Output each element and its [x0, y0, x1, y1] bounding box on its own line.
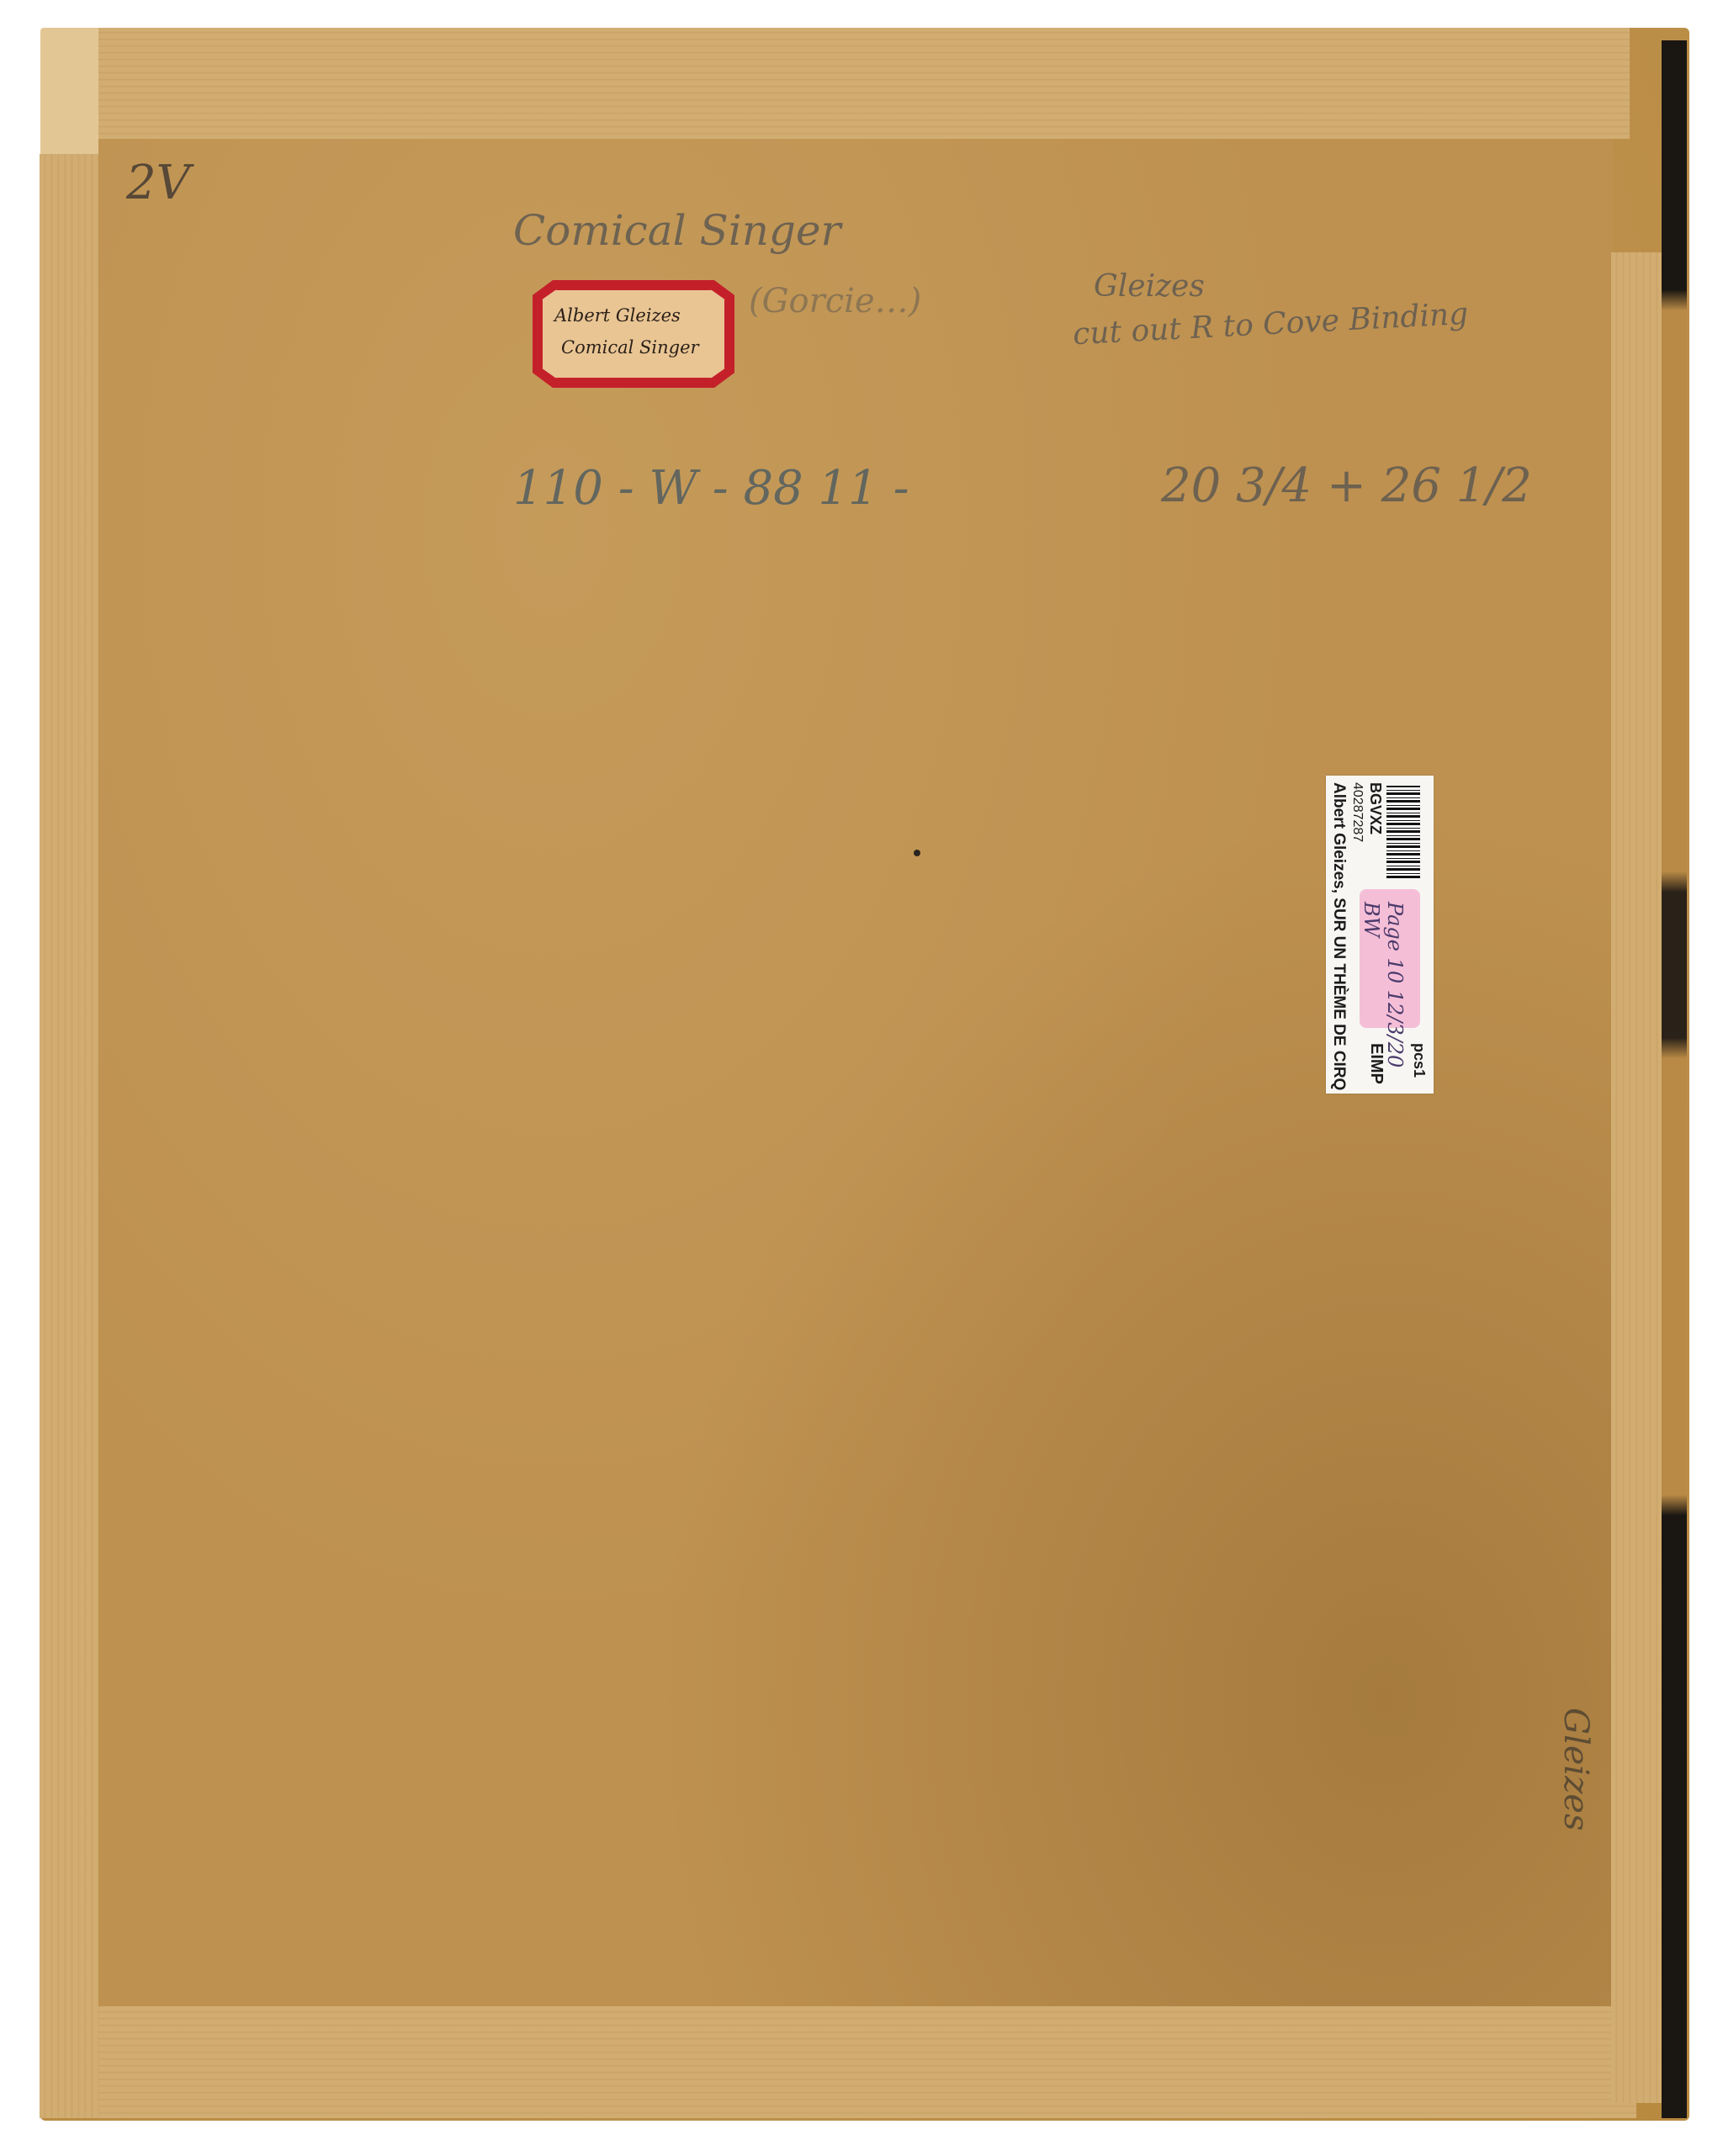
torn-corner — [40, 28, 103, 162]
inventory-number: 110 - W - 88 11 - — [513, 461, 909, 516]
signature-lower-right: Gleizes — [1556, 1708, 1595, 1830]
nail-hole — [914, 850, 920, 856]
gleizes-note-line1: Gleizes — [1094, 269, 1205, 304]
tape-left — [40, 154, 98, 2118]
collector-label: Albert Gleizes Comical Singer — [533, 280, 734, 388]
pencil-title-paren: (Gorcie…) — [749, 282, 921, 320]
sticker-number: 40287287 — [1349, 782, 1365, 842]
black-frame-edge — [1662, 40, 1687, 2118]
dimensions-note: 20 3/4 + 26 1/2 — [1161, 458, 1532, 513]
label-title: Comical Singer — [561, 337, 699, 358]
sticker-tag: EIMP — [1366, 1043, 1386, 1084]
label-artist: Albert Gleizes — [554, 305, 681, 326]
pencil-title: Comical Singer — [513, 206, 840, 255]
sticker-description: Albert Gleizes, SUR UN THÈME DE CIRQ — [1329, 782, 1348, 1090]
barcode-icon — [1386, 786, 1420, 878]
board-panel — [98, 137, 1613, 2090]
barcode-sticker: Page 10 12/3/20 BW BGVXZ 40287287 Albert… — [1326, 776, 1434, 1094]
sticker-department: pcs1 — [1410, 1043, 1428, 1078]
tape-bottom — [97, 2006, 1636, 2118]
sticker-code: BGVXZ — [1366, 782, 1384, 834]
tape-top — [98, 28, 1630, 139]
corner-mark: 2V — [126, 156, 190, 210]
